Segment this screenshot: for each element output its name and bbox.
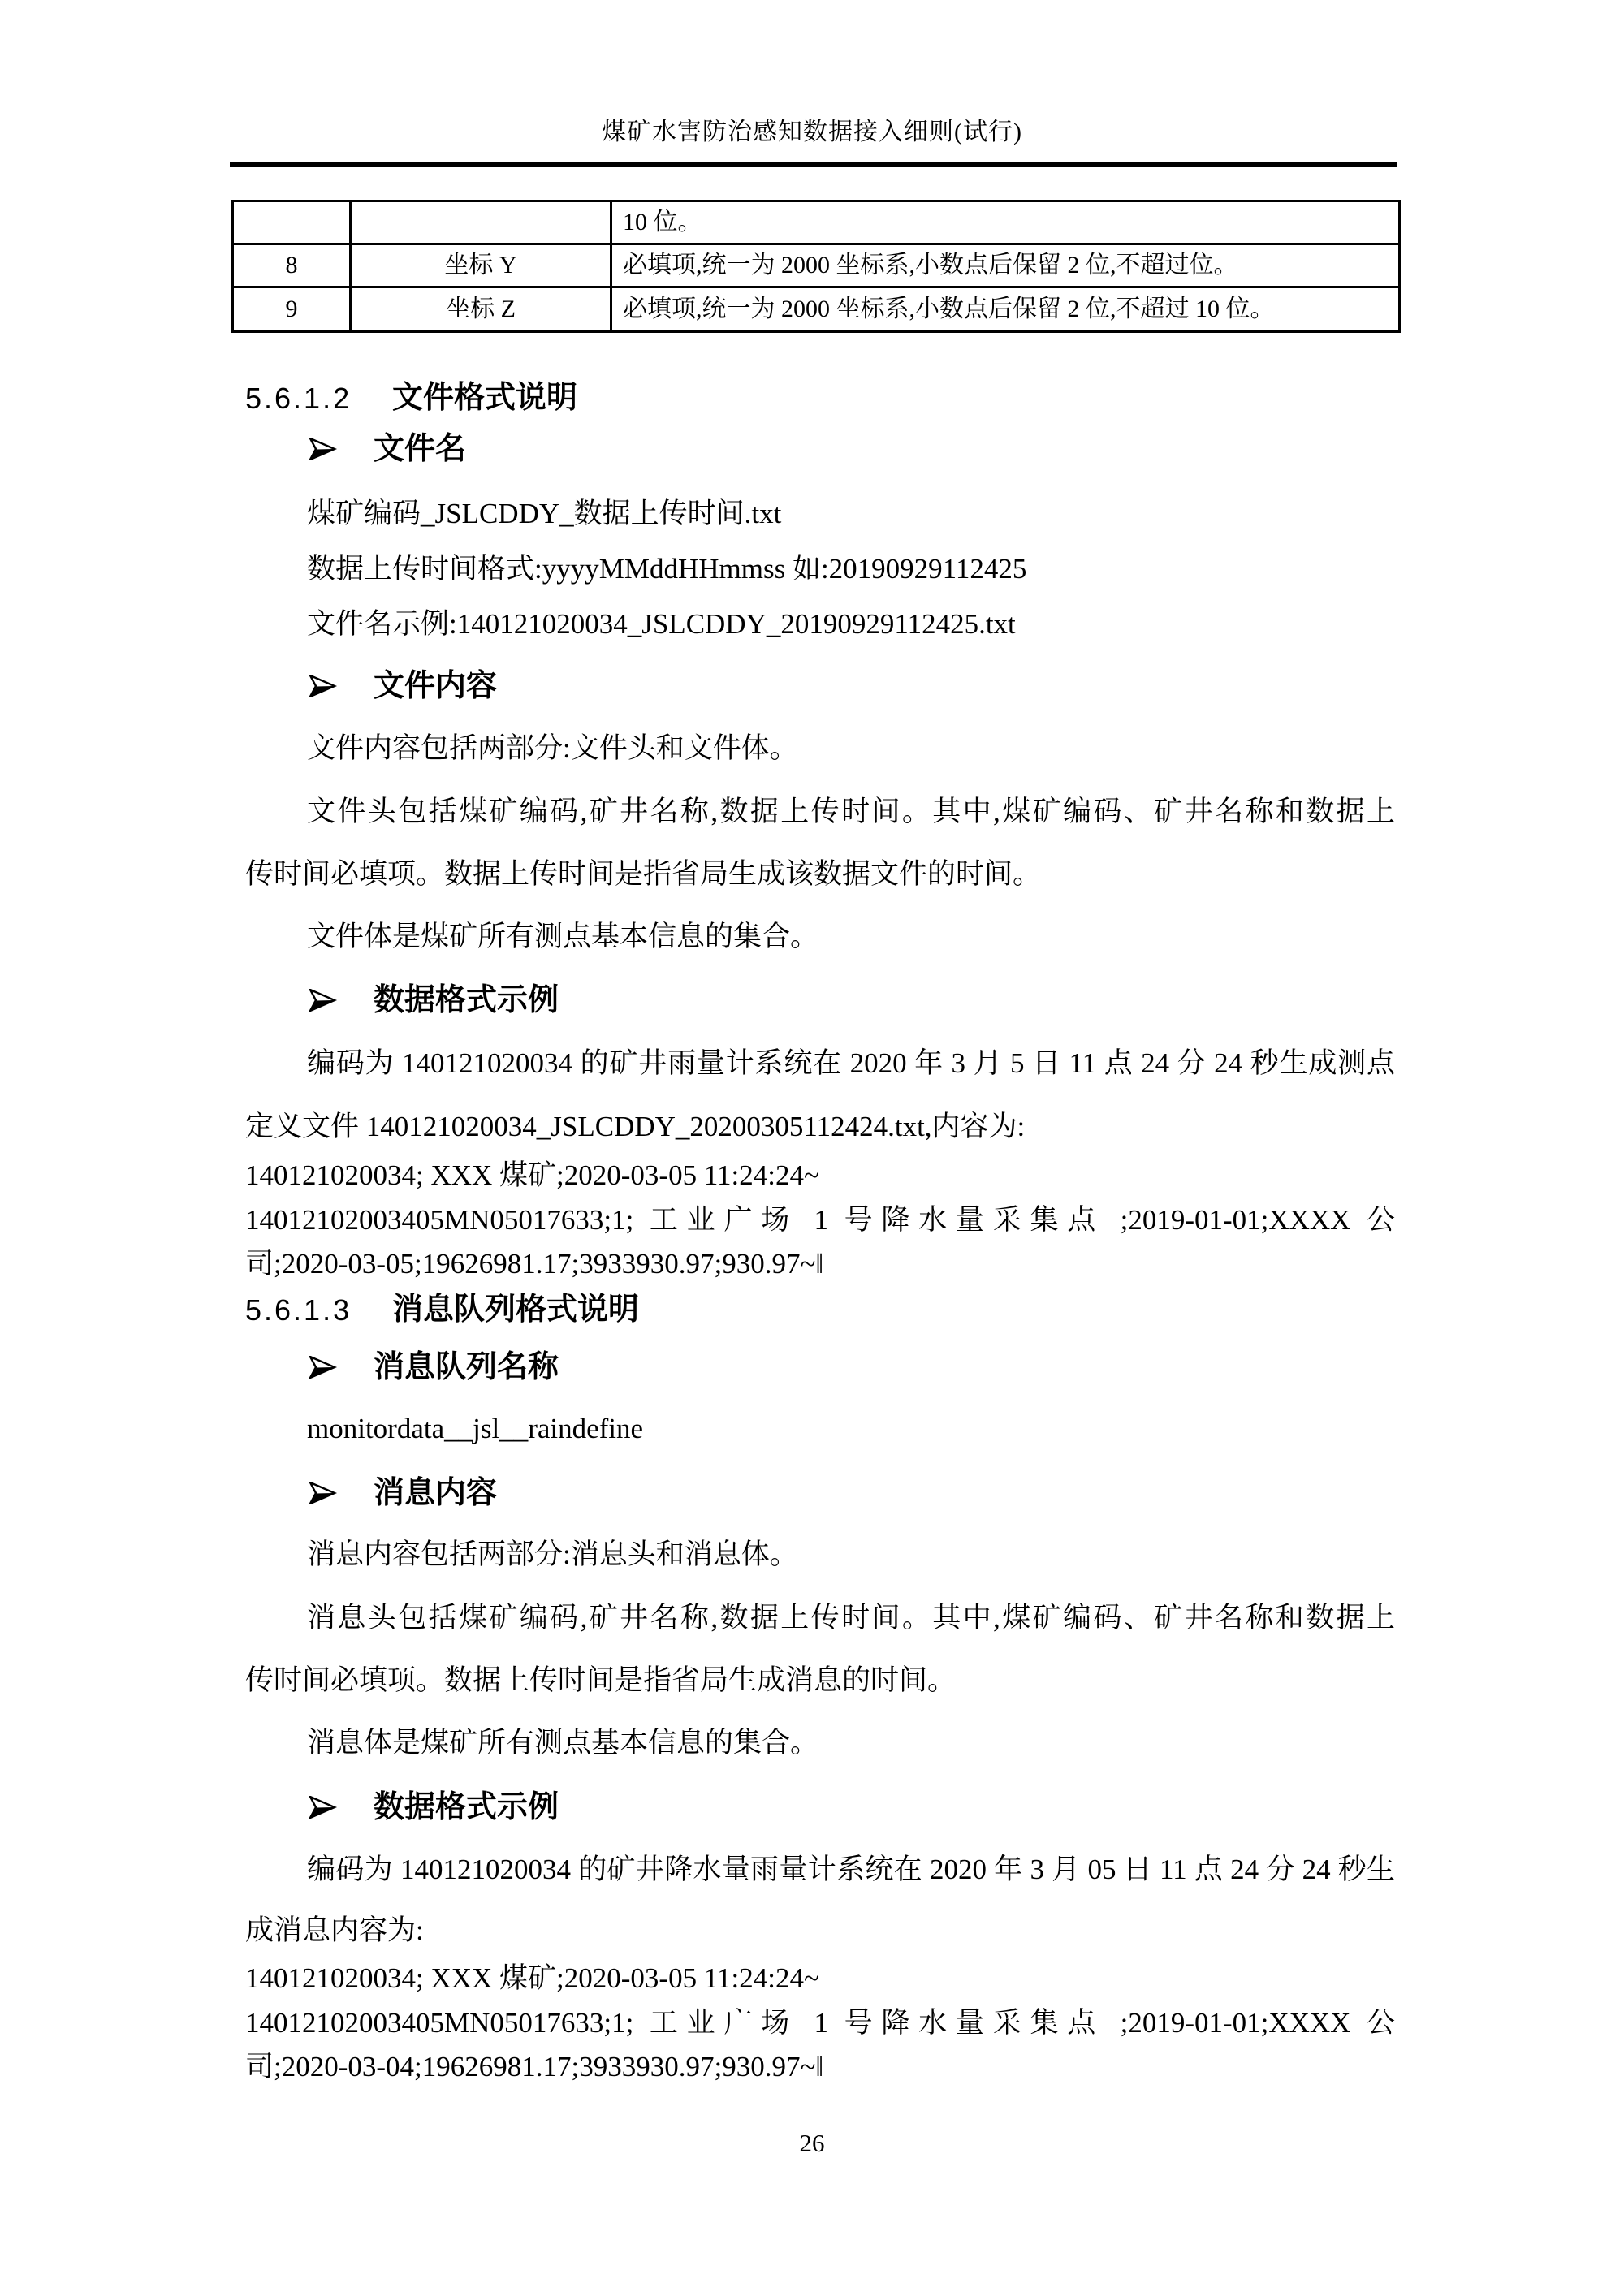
section-title: 消息队列格式说明 (392, 1291, 639, 1328)
bullet-heading: 文件内容 (305, 667, 497, 705)
header-rule (230, 162, 1397, 167)
arrow-bullet-icon (305, 1796, 339, 1819)
arrow-bullet-icon (305, 675, 339, 697)
paragraph-line: 消息体是煤矿所有测点基本信息的集合。 (307, 1724, 818, 1762)
description-cell: 必填项,统一为 2000 坐标系,小数点后保留 2 位,不超过位。 (611, 244, 1400, 287)
field-name-cell (351, 201, 611, 244)
row-number-cell: 8 (233, 244, 351, 287)
page-number: 26 (0, 2125, 1624, 2162)
table-row: 8 坐标 Y 必填项,统一为 2000 坐标系,小数点后保留 2 位,不超过位。 (233, 244, 1400, 287)
table-row: 10 位。 (233, 201, 1400, 244)
bullet-heading: 文件名 (305, 430, 466, 468)
paragraph-line: 文件名示例:140121020034_JSLCDDY_2019092911242… (307, 606, 1016, 643)
section-number: 5.6.1.2 (245, 380, 352, 417)
arrow-bullet-icon (305, 989, 339, 1012)
code-line: 14012102003405MN05017633;1; 工业广场 1 号降水量采… (245, 2005, 1395, 2042)
arrow-bullet-icon (305, 1356, 339, 1379)
section-number: 5.6.1.3 (245, 1292, 352, 1329)
bullet-heading: 消息内容 (305, 1474, 497, 1512)
bullet-label: 数据格式示例 (374, 1789, 559, 1826)
field-name-cell: 坐标 Y (351, 244, 611, 287)
description-cell: 10 位。 (611, 201, 1400, 244)
bullet-label: 消息内容 (374, 1474, 497, 1512)
paragraph-line: 文件体是煤矿所有测点基本信息的集合。 (307, 918, 818, 956)
paragraph-line: monitordata__jsl__raindefine (307, 1410, 643, 1448)
document-page: 煤矿水害防治感知数据接入细则(试行) 10 位。 8 坐标 Y 必填项,统一为 … (0, 0, 1624, 2296)
bullet-heading: 消息队列名称 (305, 1349, 559, 1386)
paragraph-line: 文件内容包括两部分:文件头和文件体。 (307, 730, 798, 767)
row-number-cell (233, 201, 351, 244)
paragraph-line: 煤矿编码_JSLCDDY_数据上传时间.txt (307, 495, 781, 533)
code-line: 140121020034; XXX 煤矿;2020-03-05 11:24:24… (245, 1960, 819, 1997)
arrow-bullet-icon (305, 1482, 339, 1504)
code-line: 140121020034; XXX 煤矿;2020-03-05 11:24:24… (245, 1157, 819, 1194)
bullet-label: 文件名 (374, 430, 466, 468)
doc-header-title: 煤矿水害防治感知数据接入细则(试行) (0, 114, 1624, 151)
row-number-cell: 9 (233, 287, 351, 332)
paragraph-line: 文件头包括煤矿编码,矿井名称,数据上传时间。其中,煤矿编码、矿井名称和数据上 (307, 793, 1395, 831)
paragraph-line: 消息头包括煤矿编码,矿井名称,数据上传时间。其中,煤矿编码、矿井名称和数据上 (307, 1599, 1395, 1637)
paragraph-line: 传时间必填项。数据上传时间是指省局生成消息的时间。 (245, 1662, 956, 1699)
paragraph-line: 编码为 140121020034 的矿井降水量雨量计系统在 2020 年 3 月… (307, 1851, 1395, 1888)
code-line: 14012102003405MN05017633;1; 工业广场 1 号降水量采… (245, 1202, 1395, 1239)
bullet-heading: 数据格式示例 (305, 1789, 559, 1826)
spec-table: 10 位。 8 坐标 Y 必填项,统一为 2000 坐标系,小数点后保留 2 位… (231, 200, 1401, 333)
paragraph-line: 数据上传时间格式:yyyyMMddHHmmss 如:20190929112425 (307, 550, 1026, 588)
paragraph-line: 定义文件 140121020034_JSLCDDY_20200305112424… (245, 1108, 1025, 1146)
bullet-label: 消息队列名称 (374, 1349, 559, 1386)
bullet-label: 数据格式示例 (374, 982, 559, 1019)
arrow-bullet-icon (305, 438, 339, 460)
paragraph-line: 传时间必填项。数据上传时间是指省局生成该数据文件的时间。 (245, 856, 1041, 893)
section-title: 文件格式说明 (392, 379, 577, 416)
paragraph-line: 消息内容包括两部分:消息头和消息体。 (307, 1536, 798, 1573)
bullet-heading: 数据格式示例 (305, 982, 559, 1019)
table-row: 9 坐标 Z 必填项,统一为 2000 坐标系,小数点后保留 2 位,不超过 1… (233, 287, 1400, 332)
paragraph-line: 成消息内容为: (245, 1912, 424, 1949)
code-line: 司;2020-03-04;19626981.17;3933930.97;930.… (245, 2048, 823, 2086)
description-cell: 必填项,统一为 2000 坐标系,小数点后保留 2 位,不超过 10 位。 (611, 287, 1400, 332)
code-line: 司;2020-03-05;19626981.17;3933930.97;930.… (245, 1245, 823, 1283)
bullet-label: 文件内容 (374, 667, 497, 705)
paragraph-line: 编码为 140121020034 的矿井雨量计系统在 2020 年 3 月 5 … (307, 1045, 1395, 1082)
field-name-cell: 坐标 Z (351, 287, 611, 332)
